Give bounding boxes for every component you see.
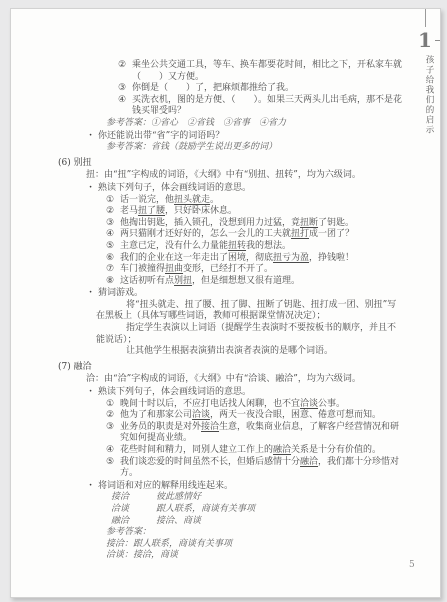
text-segment: 花些时间和精力，同别人建立工作上的: [120, 445, 273, 455]
text-content: 参考答案：①省心 ②省钱 ③省事 ④省力: [106, 118, 286, 128]
text-content: 老马扭了腰，只好卧床休息。: [120, 206, 404, 218]
text-content: 车门被撞得扭曲变形，已经打不开了。: [120, 264, 404, 276]
text-content: 洽：由“洽”字构成的词语，《大纲》中有“洽谈、融洽”，均为六级词。: [86, 374, 361, 384]
circled-number: ②: [118, 60, 132, 83]
text-segment: 熟读下列句子，体会画线词语的意思。: [98, 183, 251, 193]
answer-line: 参考答案：省钱（鼓励学生说出更多的词）: [106, 142, 404, 154]
text-segment: 业务员的职责是对外: [120, 422, 201, 432]
circled-number: ③: [106, 422, 120, 445]
text-segment: 参考答案：省钱（鼓励学生说出更多的词）: [106, 142, 277, 152]
text-line: ②他为了和那家公司洽谈，两天一夜没合眼，困意、倦意可想而知。: [106, 410, 404, 422]
text-segment: ，挣钱啦！: [309, 253, 354, 263]
match-word: 接洽: [111, 492, 156, 504]
answer-line: 接洽：跟人联系，商谈有关事项: [106, 539, 404, 551]
text-segment: 熟读下列句子，体会画线词语的意思。: [98, 387, 251, 397]
text-line: ②乘坐公共交通工具，等车、换车都要花时间，相比之下，开私家车就（ ）又方便。: [118, 60, 404, 83]
underlined-word: 扭亏为盈: [273, 253, 309, 263]
circled-number: ②: [106, 206, 120, 218]
answer-line: 参考答案：①省心 ②省钱 ③省事 ④省力: [106, 118, 404, 130]
circled-number: ⑧: [106, 276, 120, 288]
circled-number: ④: [106, 229, 120, 241]
match-row: 洽谈跟人联系，商谈有关事项: [111, 504, 404, 516]
text-content: (6) 别扭: [58, 158, 92, 168]
text-segment: 指定学生表演以上词语（提醒学生表演时不要按板书的顺序，并且不能说话）；: [96, 323, 396, 345]
text-line: 将“扭头就走、扭了腰、扭了脚、扭断了钥匙、扭打成一团、别扭”写在黑板上（具体写哪…: [96, 300, 404, 323]
circled-number: ①: [106, 195, 120, 207]
underlined-word: 扭了腰: [138, 206, 165, 216]
text-segment: 洽谈：接洽，商谈: [106, 550, 178, 560]
text-segment: 将“扭头就走、扭了腰、扭了脚、扭断了钥匙、扭打成一团、别扭”写在黑板上（具体写哪…: [96, 300, 396, 322]
text-line: ④花些时间和精力，同别人建立工作上的融洽关系是十分有价值的。: [106, 445, 404, 457]
text-content: 买洗衣机，图的是方便、（ ）。如果三天两头儿出毛病，那不是花钱买罪受吗？: [132, 95, 404, 118]
text-content: 熟读下列句子，体会画线词语的意思。: [98, 183, 404, 195]
text-segment: 了钥匙。: [318, 218, 354, 228]
chapter-number: 1: [415, 29, 435, 51]
circled-number: ③: [106, 218, 120, 230]
text-segment: 这话初听有点: [120, 276, 174, 286]
text-segment: 老马: [120, 206, 138, 216]
book-page: 1 孩子给我们的启示 5 ②乘坐公共交通工具，等车、换车都要花时间，相比之下，开…: [10, 8, 441, 598]
text-segment: 两只猫刚才还好好的，怎么一会儿的工夫就: [120, 229, 291, 239]
underlined-word: 接洽: [201, 422, 219, 432]
text-segment: 我们的企业在这一年走出了困境，彻底: [120, 253, 273, 263]
match-definition: 接洽、商谈: [156, 516, 404, 528]
section-heading: (6) 别扭: [58, 158, 404, 170]
bullet-line: ·猜词游戏。: [89, 288, 404, 300]
text-content: 业务员的职责是对外接洽生意，收集商业信息，了解客户经营情况和研究如何提高业绩。: [120, 422, 404, 445]
text-segment: 变形，已经打不开了。: [183, 264, 273, 274]
text-segment: 他掏出钥匙，插入锁孔，没想到用力过猛，竟: [120, 218, 300, 228]
circled-number: ⑥: [106, 253, 120, 265]
bullet-line: ·熟读下列句子，体会画线词语的意思。: [89, 183, 404, 195]
text-line: 洽：由“洽”字构成的词语，《大纲》中有“洽谈、融洽”，均为六级词。: [86, 374, 404, 386]
text-segment: 你还能说出带“省”字的词语吗？: [98, 131, 224, 141]
text-content: 我们谈恋爱的时间虽然不长，但婚后感情十分融洽，我们都十分珍惜对方。: [120, 457, 404, 480]
text-line: ③业务员的职责是对外接洽生意，收集商业信息，了解客户经营情况和研究如何提高业绩。: [106, 422, 404, 445]
bullet-line: ·将词语和对应的解释用线连起来。: [89, 481, 404, 493]
text-segment: 扭：由“扭”字构成的词语，《大纲》中有“别扭、扭转”，均为六级词。: [86, 170, 361, 180]
text-segment: 公事。: [318, 399, 345, 409]
text-content: (7) 融洽: [58, 362, 92, 372]
section-heading: (7) 融洽: [58, 362, 404, 374]
underlined-word: 洽谈: [300, 399, 318, 409]
text-segment: 你倒是（ ）了，把麻烦都推给了我。: [132, 83, 294, 93]
text-content: 你还能说出带“省”字的词语吗？: [98, 131, 404, 143]
circled-number: ④: [118, 95, 132, 118]
match-definition: 彼此感情好: [156, 492, 404, 504]
answer-line: 洽谈：接洽，商谈: [106, 550, 404, 562]
match-word: 融洽: [111, 516, 156, 528]
text-content: 他为了和那家公司洽谈，两天一夜没合眼，困意、倦意可想而知。: [120, 410, 404, 422]
bullet-line: ·你还能说出带“省”字的词语吗？: [89, 131, 404, 143]
text-segment: 我们谈恋爱的时间虽然不长，但婚后感情十分: [120, 457, 300, 467]
text-content: 将“扭头就走、扭了腰、扭了脚、扭断了钥匙、扭打成一团、别扭”写在黑板上（具体写哪…: [96, 300, 396, 322]
margin-rule: [425, 9, 426, 27]
text-line: ⑤我们谈恋爱的时间虽然不长，但婚后感情十分融洽，我们都十分珍惜对方。: [106, 457, 404, 480]
text-segment: 洽：由“洽”字构成的词语，《大纲》中有“洽谈、融洽”，均为六级词。: [86, 374, 361, 384]
match-row: 接洽彼此感情好: [111, 492, 404, 504]
text-content: 两只猫刚才还好好的，怎么一会儿的工夫就扭打成一团了？: [120, 229, 404, 241]
text-segment: 乘坐公共交通工具，等车、换车都要花时间，相比之下，开私家车就（ ）又方便。: [132, 60, 402, 82]
text-segment: 参考答案：①省心 ②省钱 ③省事 ④省力: [106, 118, 286, 128]
text-content: 扭：由“扭”字构成的词语，《大纲》中有“别扭、扭转”，均为六级词。: [86, 170, 361, 180]
underlined-word: 扭打: [291, 229, 309, 239]
text-content: 话一说完，他扭头就走。: [120, 195, 404, 207]
text-content: 猜词游戏。: [98, 288, 404, 300]
match-row: 融洽接洽、商谈: [111, 516, 404, 528]
text-line: ①晚间十时以后，不应打电话找人闲聊，也不宜洽谈公事。: [106, 399, 404, 411]
text-content: 花些时间和精力，同别人建立工作上的融洽关系是十分有价值的。: [120, 445, 404, 457]
bullet-dot-icon: ·: [89, 481, 98, 493]
text-line: ①话一说完，他扭头就走。: [106, 195, 404, 207]
text-segment: 参考答案：: [106, 527, 151, 537]
circled-number: ⑤: [106, 457, 120, 480]
text-segment: 买洗衣机，图的是方便、（ ）。如果三天两头儿出毛病，那不是花钱买罪受吗？: [132, 95, 402, 117]
match-definition: 跟人联系，商谈有关事项: [156, 504, 404, 516]
bullet-dot-icon: ·: [89, 183, 98, 195]
underlined-word: 洽谈: [192, 410, 210, 420]
text-segment: 话一说完，他: [120, 195, 174, 205]
text-segment: 主意已定，没有什么力量能: [120, 241, 228, 251]
underlined-word: 扭头就走: [174, 195, 210, 205]
text-content: 你倒是（ ）了，把麻烦都推给了我。: [132, 83, 404, 95]
underlined-word: 融洽: [273, 445, 291, 455]
text-content: 参考答案：省钱（鼓励学生说出更多的词）: [106, 142, 277, 152]
text-line: ⑥我们的企业在这一年走出了困境，彻底扭亏为盈，挣钱啦！: [106, 253, 404, 265]
answer-line: 参考答案：: [106, 527, 404, 539]
text-content: 让其他学生根据表演猜出表演者表演的是哪个词语。: [126, 346, 333, 356]
bullet-dot-icon: ·: [89, 387, 98, 399]
text-content: 接洽：跟人联系，商谈有关事项: [106, 539, 232, 549]
text-segment: ，只好卧床休息。: [165, 206, 237, 216]
text-content: 主意已定，没有什么力量能扭转我的想法。: [120, 241, 404, 253]
text-line: ⑦车门被撞得扭曲变形，已经打不开了。: [106, 264, 404, 276]
circled-number: ⑤: [106, 241, 120, 253]
scanned-textbook-page: { "page": { "chapter_number": "1", "chap…: [0, 0, 447, 602]
text-segment: 他为了和那家公司: [120, 410, 192, 420]
text-segment: 晚间十时以后，不应打电话找人闲聊，也不宜: [120, 399, 300, 409]
text-segment: ，两天一夜没合眼，困意、倦意可想而知。: [210, 410, 381, 420]
underlined-word: 融洽: [300, 457, 318, 467]
underlined-word: 扭断: [300, 218, 318, 228]
circled-number: ①: [106, 399, 120, 411]
circled-number: ②: [106, 410, 120, 422]
text-segment: 关系是十分有价值的。: [291, 445, 381, 455]
text-content: 晚间十时以后，不应打电话找人闲聊，也不宜洽谈公事。: [120, 399, 404, 411]
text-content: 乘坐公共交通工具，等车、换车都要花时间，相比之下，开私家车就（ ）又方便。: [132, 60, 404, 83]
match-word: 洽谈: [111, 504, 156, 516]
text-content: 参考答案：: [106, 527, 151, 537]
text-line: ③你倒是（ ）了，把麻烦都推给了我。: [118, 83, 404, 95]
text-line: 指定学生表演以上词语（提醒学生表演时不要按板书的顺序，并且不能说话）；: [96, 323, 404, 346]
text-content: 他掏出钥匙，插入锁孔，没想到用力过猛，竟扭断了钥匙。: [120, 218, 404, 230]
underlined-word: 别扭: [174, 276, 192, 286]
bullet-dot-icon: ·: [89, 288, 98, 300]
text-content: 我们的企业在这一年走出了困境，彻底扭亏为盈，挣钱啦！: [120, 253, 404, 265]
text-line: ④买洗衣机，图的是方便、（ ）。如果三天两头儿出毛病，那不是花钱买罪受吗？: [118, 95, 404, 118]
bullet-line: ·熟读下列句子，体会画线词语的意思。: [89, 387, 404, 399]
text-segment: 。: [210, 195, 219, 205]
content-blocks: ②乘坐公共交通工具，等车、换车都要花时间，相比之下，开私家车就（ ）又方便。③你…: [11, 60, 440, 562]
circled-number: ③: [118, 83, 132, 95]
text-content: 洽谈：接洽，商谈: [106, 550, 178, 560]
underlined-word: 扭曲: [165, 264, 183, 274]
text-content: 熟读下列句子，体会画线词语的意思。: [98, 387, 404, 399]
text-segment: 猜词游戏。: [98, 288, 143, 298]
text-segment: 让其他学生根据表演猜出表演者表演的是哪个词语。: [126, 346, 333, 356]
text-content: 指定学生表演以上词语（提醒学生表演时不要按板书的顺序，并且不能说话）；: [96, 323, 396, 345]
text-content: 将词语和对应的解释用线连起来。: [98, 481, 404, 493]
circled-number: ④: [106, 445, 120, 457]
text-segment: (6) 别扭: [58, 158, 92, 168]
chapter-dash-rule: [435, 40, 441, 41]
text-line: ③他掏出钥匙，插入锁孔，没想到用力过猛，竟扭断了钥匙。: [106, 218, 404, 230]
text-segment: (7) 融洽: [58, 362, 92, 372]
text-content: 这话初听有点别扭，但是细想想又很有道理。: [120, 276, 404, 288]
underlined-word: 扭转: [228, 241, 246, 251]
text-segment: 将词语和对应的解释用线连起来。: [98, 481, 233, 491]
text-segment: 接洽：跟人联系，商谈有关事项: [106, 539, 232, 549]
text-segment: 我的想法。: [246, 241, 291, 251]
text-line: ②老马扭了腰，只好卧床休息。: [106, 206, 404, 218]
bullet-dot-icon: ·: [89, 131, 98, 143]
text-line: ⑧这话初听有点别扭，但是细想想又很有道理。: [106, 276, 404, 288]
text-segment: ，但是细想想又很有道理。: [192, 276, 300, 286]
text-line: ④两只猫刚才还好好的，怎么一会儿的工夫就扭打成一团了？: [106, 229, 404, 241]
text-line: ⑤主意已定，没有什么力量能扭转我的想法。: [106, 241, 404, 253]
text-line: 让其他学生根据表演猜出表演者表演的是哪个词语。: [96, 346, 404, 358]
text-segment: 车门被撞得: [120, 264, 165, 274]
text-line: 扭：由“扭”字构成的词语，《大纲》中有“别扭、扭转”，均为六级词。: [86, 170, 404, 182]
circled-number: ⑦: [106, 264, 120, 276]
text-segment: 成一团了？: [309, 229, 354, 239]
